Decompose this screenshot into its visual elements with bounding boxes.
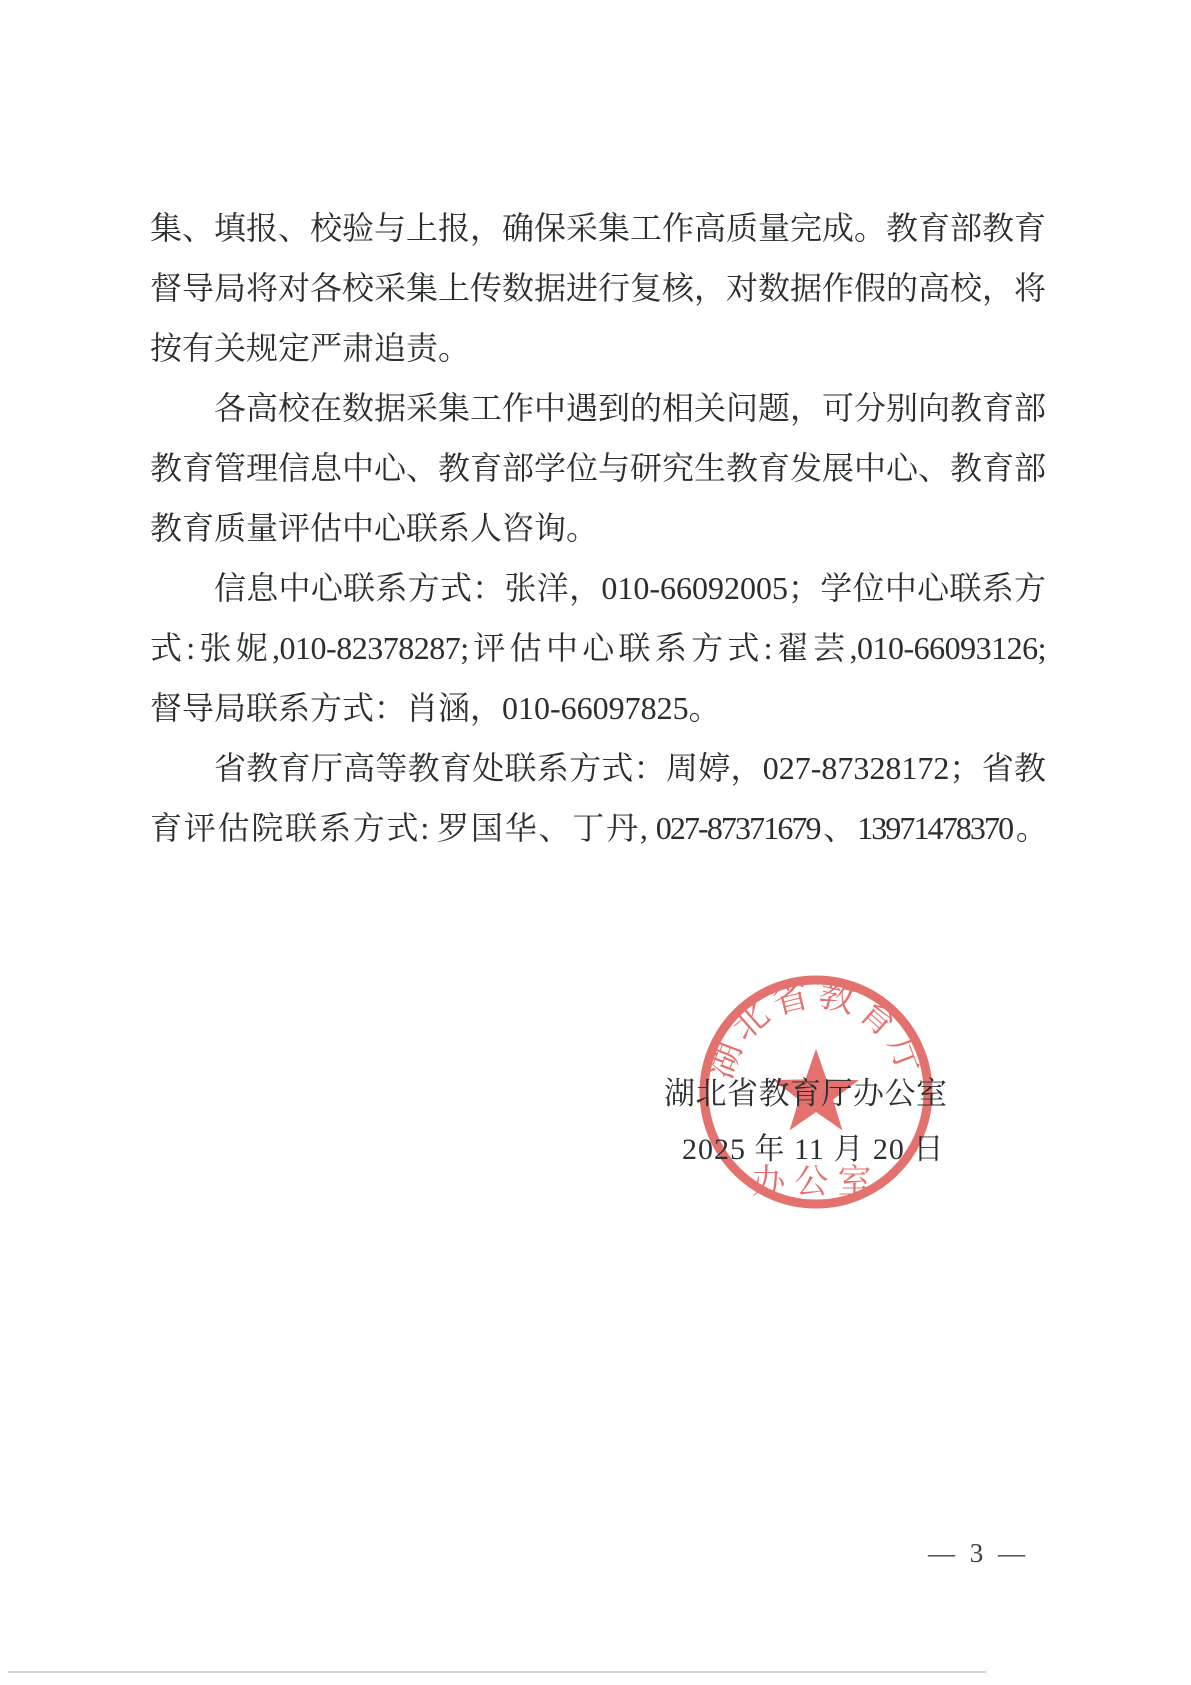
document-line: 集、填报、校验与上报，确保采集工作高质量完成。教育部教育 [150, 198, 1046, 258]
document-line: 省教育厅高等教育处联系方式：周婷，027-87328172；省教 [150, 738, 1046, 798]
document-line: 教育管理信息中心、教育部学位与研究生教育发展中心、教育部 [150, 438, 1046, 498]
document-line: 各高校在数据采集工作中遇到的相关问题，可分别向教育部 [150, 378, 1046, 438]
document-line: 育评估院联系方式: 罗国华、丁丹, 027-87371679、139714783… [150, 798, 1046, 858]
document-body: 集、填报、校验与上报，确保采集工作高质量完成。教育部教育督导局将对各校采集上传数… [150, 198, 1046, 858]
document-line: 按有关规定严肃追责。 [150, 318, 1046, 378]
document-line: 督导局将对各校采集上传数据进行复核，对数据作假的高校，将 [150, 258, 1046, 318]
document-line: 督导局联系方式：肖涵，010-66097825。 [150, 678, 1046, 738]
document-line: 式:张妮,010-82378287;评估中心联系方式:翟芸,010-660931… [150, 618, 1046, 678]
page-number: — 3 — [928, 1538, 1029, 1569]
document-page: 集、填报、校验与上报，确保采集工作高质量完成。教育部教育督导局将对各校采集上传数… [0, 0, 1191, 1685]
signature-org: 湖北省教育厅办公室 [664, 1068, 948, 1113]
scan-artifact-line [8, 1671, 986, 1673]
signature-date: 2025 年 11 月 20 日 [682, 1124, 944, 1168]
seal-bottom-text: 办公室 [752, 1163, 881, 1201]
document-line: 信息中心联系方式：张洋，010-66092005；学位中心联系方 [150, 558, 1046, 618]
document-line: 教育质量评估中心联系人咨询。 [150, 498, 1046, 558]
